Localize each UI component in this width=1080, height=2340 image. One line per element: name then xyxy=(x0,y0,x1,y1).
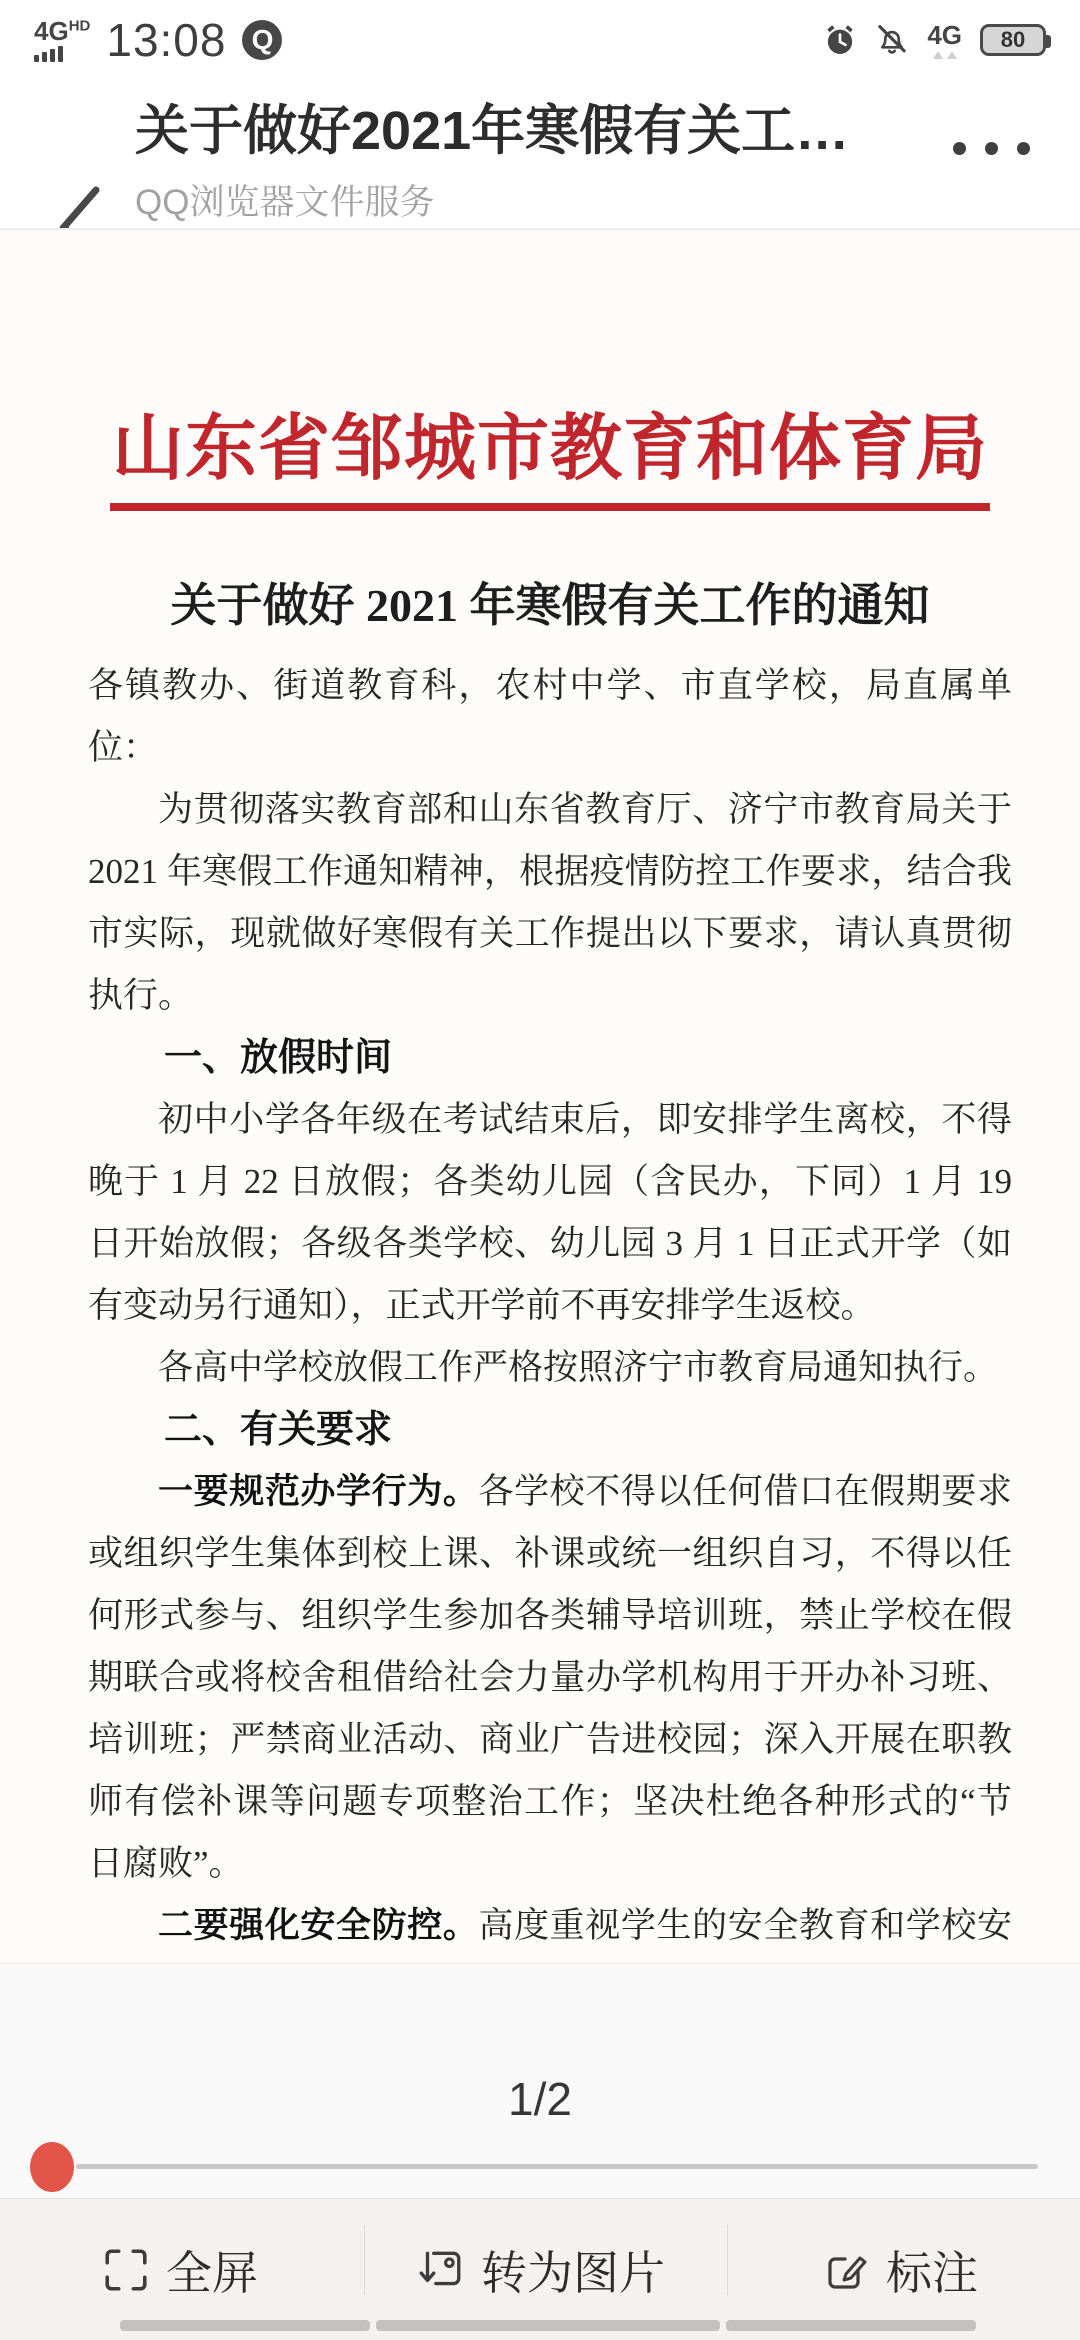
document-title: 关于做好 2021 年寒假有关工作的通知 xyxy=(88,575,1012,637)
doc-paragraph: 初中小学各年级在考试结束后，即安排学生离校，不得晚于 1 月 22 日放假；各类… xyxy=(88,1089,1012,1337)
hd-badge: HD xyxy=(69,17,91,34)
scrubber-knob[interactable] xyxy=(30,2142,74,2192)
bottom-shadow-bars xyxy=(0,2320,1080,2334)
network-indicator-right: 4G xyxy=(927,22,962,59)
doc-body: 各镇教办、街道教育科，农村中学、市直学校，局直属单位：为贯彻落实教育部和山东省教… xyxy=(88,655,1012,2019)
signal-bars-icon xyxy=(34,46,63,62)
doc-paragraph: 为贯彻落实教育部和山东省教育厅、济宁市教育局关于 2021 年寒假工作通知精神，… xyxy=(88,779,1012,1027)
viewer-footer-area: 1/2 全屏 转为图片 xyxy=(0,1963,1080,2340)
nav-bar: 关于做好2021年寒假有关工… QQ浏览器文件服务 xyxy=(0,80,1080,228)
clock-time: 13:08 xyxy=(106,13,226,67)
letterhead-rule xyxy=(110,503,990,511)
document-page: 山东省邹城市教育和体育局 关于做好 2021 年寒假有关工作的通知 各镇教办、街… xyxy=(0,230,1080,1963)
file-title: 关于做好2021年寒假有关工… xyxy=(135,88,855,165)
network-indicator-left: 4GHD xyxy=(34,18,90,62)
doc-paragraph: 各高中学校放假工作严格按照济宁市教育局通知执行。 xyxy=(88,1337,1012,1399)
page-indicator: 1/2 xyxy=(0,2072,1080,2126)
convert-to-image-icon xyxy=(415,2245,465,2295)
page-scrubber[interactable] xyxy=(0,2136,1080,2196)
toolbar-separator xyxy=(727,2225,728,2295)
convert-to-image-label: 转为图片 xyxy=(481,2237,665,2303)
doc-heading: 一、放假时间 xyxy=(88,1027,1012,1089)
convert-to-image-button[interactable]: 转为图片 xyxy=(360,2199,720,2340)
status-bar: 4GHD 13:08 Q 4G 80 xyxy=(0,0,1080,80)
scrubber-track[interactable] xyxy=(76,2164,1038,2169)
bell-muted-icon xyxy=(875,23,909,57)
annotate-label: 标注 xyxy=(886,2237,978,2303)
toolbar-separator xyxy=(364,2225,365,2295)
qq-browser-icon: Q xyxy=(242,20,282,60)
doc-paragraph: 一要规范办学行为。各学校不得以任何借口在假期要求或组织学生集体到校上课、补课或统… xyxy=(88,1461,1012,1895)
letterhead-title: 山东省邹城市教育和体育局 xyxy=(88,413,1012,485)
fullscreen-icon xyxy=(102,2246,150,2294)
alarm-clock-icon xyxy=(823,23,857,57)
file-source-label: QQ浏览器文件服务 xyxy=(135,175,855,225)
annotate-button[interactable]: 标注 xyxy=(720,2199,1080,2340)
battery-level: 80 xyxy=(1001,27,1025,53)
battery-icon: 80 xyxy=(980,24,1046,56)
network-type-label: 4GHD xyxy=(34,18,90,44)
doc-paragraph-lead: 一要规范办学行为。 xyxy=(158,1472,478,1511)
bottom-toolbar: 全屏 转为图片 标注 xyxy=(0,2198,1080,2340)
doc-paragraph: 各镇教办、街道教育科，农村中学、市直学校，局直属单位： xyxy=(88,655,1012,779)
fullscreen-label: 全屏 xyxy=(166,2237,258,2303)
more-menu-button[interactable] xyxy=(953,142,1030,155)
doc-heading: 二、有关要求 xyxy=(88,1399,1012,1461)
doc-paragraph-lead: 二要强化安全防控。 xyxy=(158,1906,478,1945)
fullscreen-button[interactable]: 全屏 xyxy=(0,2199,360,2340)
annotate-icon xyxy=(822,2246,870,2294)
